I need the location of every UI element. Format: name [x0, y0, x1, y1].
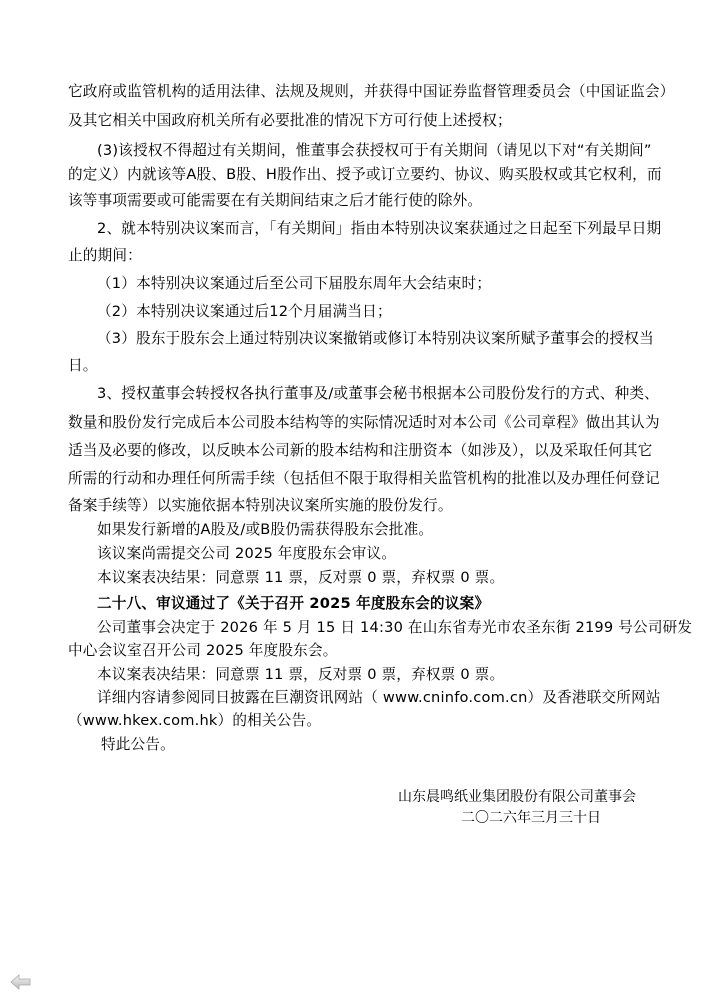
vote-result: 本议案表决结果：同意票 11 票，反对票 0 票，弃权票 0 票。: [97, 569, 504, 587]
paragraph-line: (3)该授权不得超过有关期间，惟董事会获授权可于有关期间（请见以下对“有关期间”: [97, 142, 652, 160]
paragraph-line: 所需的行动和办理任何所需手续（包括但不限于取得相关监管机构的批准以及办理任何登记: [68, 470, 660, 488]
paragraph-line: 该议案尚需提交公司 2025 年度股东会审议。: [97, 545, 396, 563]
section-heading: 二十八、审议通过了《关于召开 2025 年度股东会的议案》: [97, 595, 489, 613]
paragraph-line: 公司董事会决定于 2026 年 5 月 15 日 14:30 在山东省寿光市农圣…: [97, 619, 692, 637]
document-page: 它政府或监管机构的适用法律、法规及规则，并获得中国证券监督管理委员会（中国证监会…: [0, 0, 704, 1002]
paragraph-line: 及其它相关中国政府机关所有必要批准的情况下方可行使上述授权；: [68, 112, 512, 130]
paragraph-line: 详细内容请参阅同日披露在巨潮资讯网站（ www.cninfo.com.cn）及香…: [97, 689, 661, 707]
paragraph-line: 3、授权董事会转授权各执行董事及/或董事会秘书根据本公司股份发行的方式、种类、: [97, 385, 659, 403]
left-arrow-icon: [10, 974, 32, 990]
list-item: （2）本特别决议案通过后12个月届满当日；: [97, 303, 392, 321]
paragraph-line: 适当及必要的修改，以反映本公司新的股本结构和注册资本（如涉及），以及采取任何其它: [68, 442, 652, 460]
paragraph-line: （www.hkex.com.hk）的相关公告。: [68, 712, 321, 730]
paragraph-line: 的定义）内就该等A股、B股、H股作出、授予或订立要约、协议、购买股权或其它权利，…: [68, 166, 662, 184]
list-item: （1）本特别决议案通过后至公司下届股东周年大会结束时；: [97, 275, 491, 293]
paragraph-line: 备案手续等）以实施依据本特别决议案所实施的股份发行。: [68, 497, 453, 515]
paragraph-line: 该等事项需要或可能需要在有关期间结束之后才能行使的除外。: [68, 192, 482, 210]
signature-date: 二〇二六年三月三十日: [461, 809, 601, 827]
back-button[interactable]: [10, 974, 32, 990]
signature-company: 山东晨鸣纸业集团股份有限公司董事会: [398, 788, 636, 806]
paragraph-line: 止的期间：: [68, 247, 142, 265]
paragraph-line: 中心会议室召开公司 2025 年度股东会。: [68, 642, 338, 660]
paragraph-line: 日。: [68, 357, 98, 375]
paragraph-line: 2、就本特别决议案而言，「有关期间」指由本特别决议案获通过之日起至下列最早日期: [97, 220, 661, 238]
paragraph-line: 如果发行新增的A股及/或B股仍需获得股东会批准。: [97, 521, 433, 539]
list-item: （3）股东于股东会上通过特别决议案撤销或修订本特别决议案所赋予董事会的授权当: [97, 330, 654, 348]
paragraph-line: 它政府或监管机构的适用法律、法规及规则，并获得中国证券监督管理委员会（中国证监会…: [68, 83, 675, 101]
paragraph-line: 数量和股份发行完成后本公司股本结构等的实际情况适时对本公司《公司章程》做出其认为: [68, 414, 660, 432]
closing-line: 特此公告。: [101, 736, 175, 754]
vote-result: 本议案表决结果：同意票 11 票，反对票 0 票，弃权票 0 票。: [97, 666, 504, 684]
